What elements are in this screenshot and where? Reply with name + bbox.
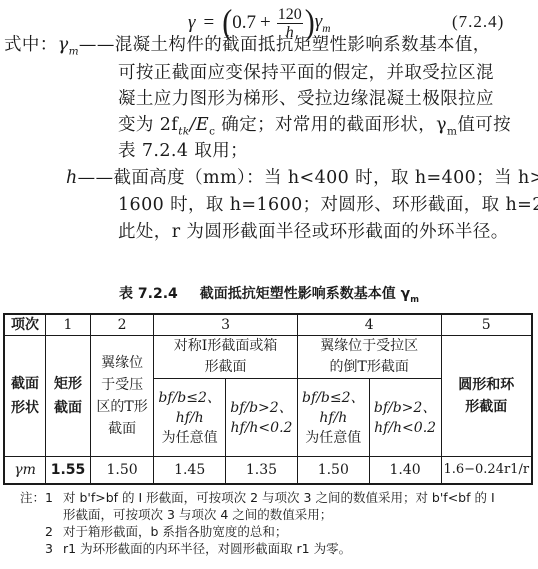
gamma-m-symbol: γm xyxy=(58,35,79,55)
note-2-num: 2 xyxy=(45,523,53,540)
formula-gamma-m: γm xyxy=(315,11,331,35)
note-3-num: 3 xyxy=(45,540,53,557)
definition-text: 混凝土构件的截面抵抗矩塑性影响系数基本值， xyxy=(115,35,491,55)
value-5: 1.6−0.24r1/r xyxy=(441,457,532,484)
ratio-text: bf/b>2、 xyxy=(370,398,441,418)
subscript-m: m xyxy=(447,126,457,138)
definition-gamma-m-line-2: 可按正截面应变保持平面的假定，并取受拉区混 xyxy=(118,63,494,83)
value-1: 1.55 xyxy=(46,457,91,484)
formula-gamma: γ xyxy=(188,12,196,34)
ratio-text: hf/h<0.2 xyxy=(226,418,297,438)
gamma-subscript: m xyxy=(322,23,330,35)
table-caption: 表 7.2.4截面抵抗矩塑性影响系数基本值 γm xyxy=(0,283,538,304)
definition-gamma-m-line-4: 变为 2ftk/Ec 确定；对常用的截面形状，γm值可按 xyxy=(118,115,511,142)
text-segment: 确定；对常用的截面形状，γ xyxy=(215,115,447,135)
shape-inverted-t: 翼缘位于受拉区的倒T形截面 xyxy=(297,336,441,379)
note-1-line-2: 形截面，可按项次 3 与项次 4 之间的数值采用； xyxy=(63,506,332,523)
table-title: 截面抵抗矩塑性影响系数基本值 γ xyxy=(200,286,410,302)
note-1-line-1: 对 b'f>bf 的 I 形截面，可按项次 2 与项次 3 之间的数值采用；对 … xyxy=(63,489,495,506)
gamma-sub: m xyxy=(69,46,79,58)
value-4b: 1.40 xyxy=(369,457,441,484)
ratio-text: bf/b≤2、 xyxy=(154,388,225,408)
value-3a: 1.45 xyxy=(154,457,226,484)
note-2-line-1: 对于箱形截面，b 系指各肋宽度的总和； xyxy=(63,523,287,540)
header-label: 项次 xyxy=(4,314,46,336)
notes-lead: 注： xyxy=(20,489,45,506)
table-number: 表 7.2.4 xyxy=(119,286,178,302)
ratio-text: hf/h xyxy=(298,408,369,428)
formula-constant: 0.7 xyxy=(232,12,256,34)
shape-rect: 矩形截面 xyxy=(46,336,91,457)
fraction-numerator: 120 xyxy=(277,6,303,24)
ratio-text: hf/h xyxy=(154,408,225,428)
equation-number: (7.2.4) xyxy=(452,12,504,32)
definition-dash: —— xyxy=(79,35,115,55)
header-col-4: 4 xyxy=(297,314,441,336)
note-3-line-1: r1 为环形截面的内环半径，对圆形截面取 r1 为零。 xyxy=(63,540,351,557)
ratio-text: hf/h<0.2 xyxy=(370,418,441,438)
ratio-text: 为任意值 xyxy=(298,428,369,448)
shape-circular: 圆形和环形截面 xyxy=(441,336,532,457)
definition-dash: —— xyxy=(78,168,114,188)
note-1-num: 1 xyxy=(45,489,53,506)
shape-3b: bf/b>2、 hf/h<0.2 xyxy=(226,379,298,457)
header-col-3: 3 xyxy=(154,314,298,336)
definition-gamma-m-line-3: 凝土应力图形为梯形、受拉边缘混凝土极限拉应 xyxy=(118,89,494,109)
subscript-tk: tk xyxy=(178,126,189,138)
shape-3a: bf/b≤2、 hf/h 为任意值 xyxy=(154,379,226,457)
formula-plus: + xyxy=(260,12,271,34)
definition-gamma-m-line-1: 式中：γm——混凝土构件的截面抵抗矩塑性影响系数基本值， xyxy=(4,35,491,62)
text-segment: /E xyxy=(190,115,209,135)
value-2: 1.50 xyxy=(90,457,153,484)
header-col-1: 1 xyxy=(46,314,91,336)
table-shape-row-top: 截面形状 矩形截面 翼缘位于受压区的T形截面 对称I形截面或箱形截面 翼缘位于受… xyxy=(4,336,532,379)
text-segment: 值可按 xyxy=(457,115,511,135)
value-4a: 1.50 xyxy=(297,457,369,484)
definition-h-line-3: 此处，r 为圆形截面半径或环形截面的外环半径。 xyxy=(118,222,509,242)
ratio-text: bf/b>2、 xyxy=(226,398,297,418)
shape-t-compression: 翼缘位于受压区的T形截面 xyxy=(90,336,153,457)
value-3b: 1.35 xyxy=(226,457,298,484)
h-symbol: h xyxy=(66,168,78,188)
table-title-subscript: m xyxy=(410,294,419,304)
definitions-lead: 式中： xyxy=(4,35,58,55)
shape-label: 截面形状 xyxy=(4,336,46,457)
gamma-glyph: γ xyxy=(58,35,69,55)
header-col-5: 5 xyxy=(441,314,532,336)
shape-4b: bf/b>2、 hf/h<0.2 xyxy=(369,379,441,457)
value-label: γm xyxy=(4,457,46,484)
ratio-text: bf/b≤2、 xyxy=(298,388,369,408)
shape-i-or-box: 对称I形截面或箱形截面 xyxy=(154,336,298,379)
definition-h-line-2: 1600 时，取 h=1600；对圆形、环形截面，取 h=2r， xyxy=(118,195,538,215)
coefficient-table: 项次 1 2 3 4 5 截面形状 矩形截面 翼缘位于受压区的T形截面 对称I形… xyxy=(3,313,533,485)
table-header-row: 项次 1 2 3 4 5 xyxy=(4,314,532,336)
formula-equals: = xyxy=(204,12,215,34)
header-col-2: 2 xyxy=(90,314,153,336)
definition-h-line-1: h——截面高度（mm）：当 h<400 时，取 h=400；当 h> xyxy=(66,168,538,188)
definition-text: 截面高度（mm）：当 h<400 时，取 h=400；当 h> xyxy=(113,168,538,188)
table-value-row: γm 1.55 1.50 1.45 1.35 1.50 1.40 1.6−0.2… xyxy=(4,457,532,484)
ratio-text: 为任意值 xyxy=(154,428,225,448)
text-segment: 变为 2f xyxy=(118,115,178,135)
shape-4a: bf/b≤2、 hf/h 为任意值 xyxy=(297,379,369,457)
definition-gamma-m-line-5: 表 7.2.4 取用； xyxy=(118,141,248,161)
